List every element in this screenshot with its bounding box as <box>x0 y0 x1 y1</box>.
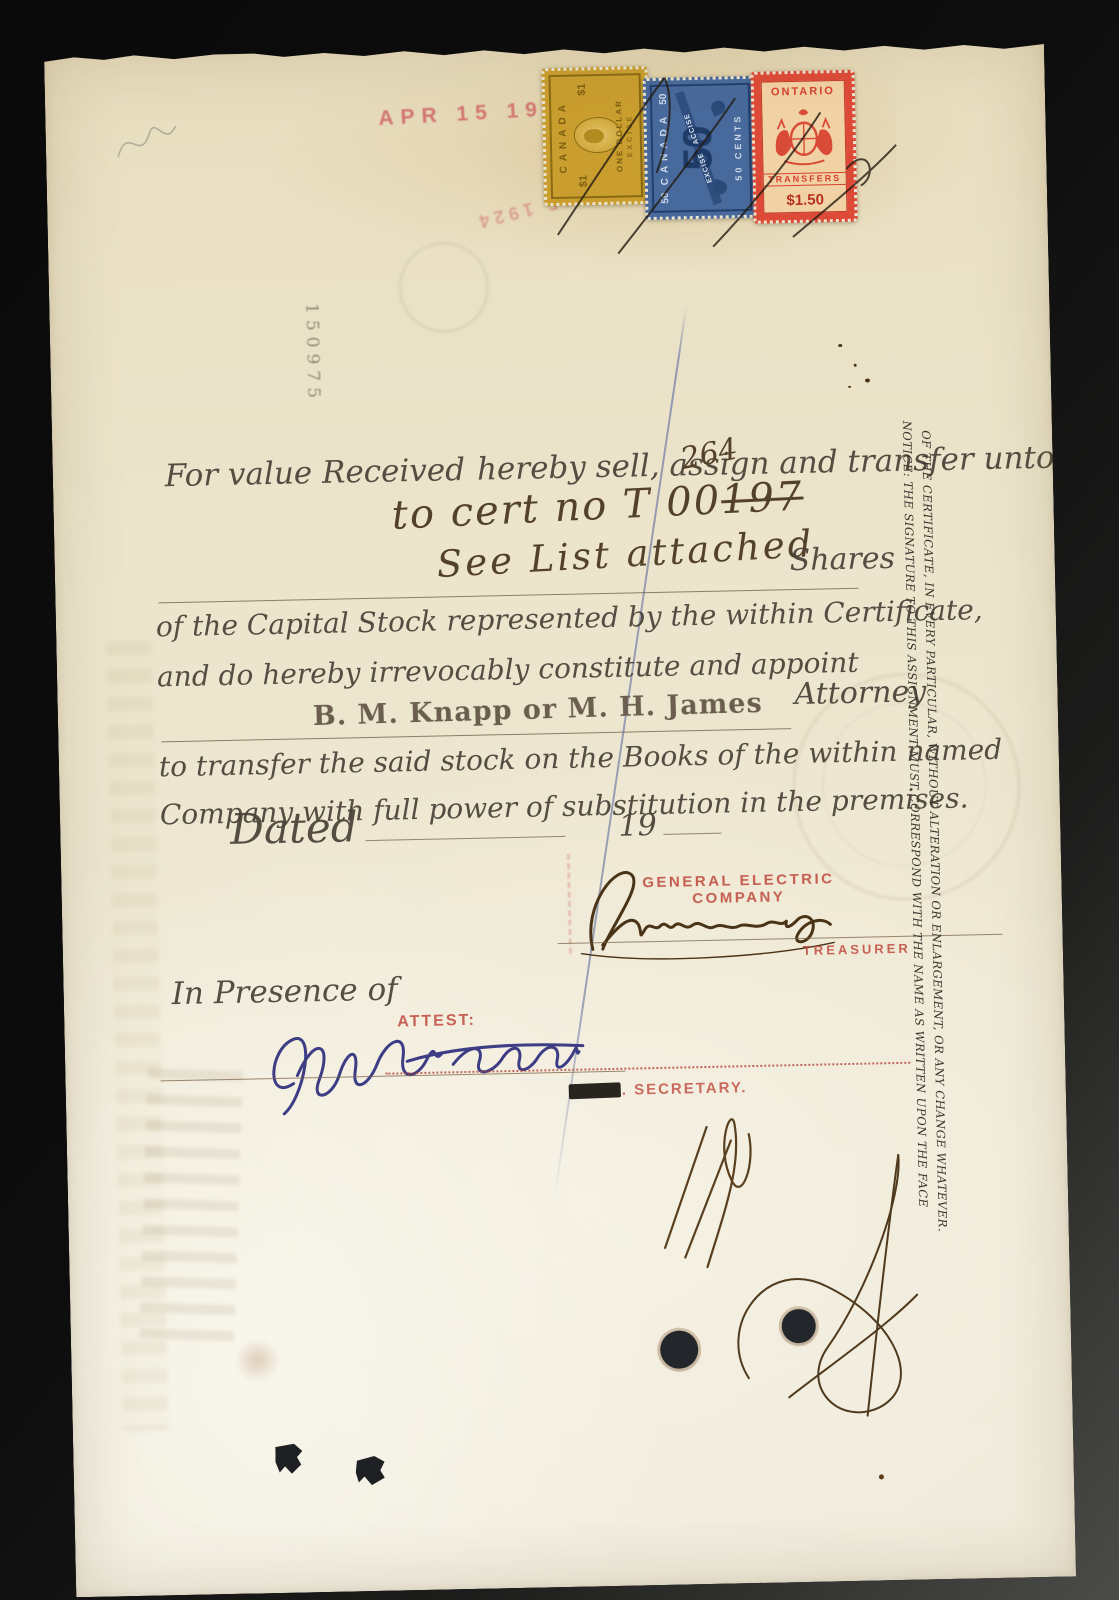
flourish-ink-mark <box>702 1132 943 1442</box>
punch-hole <box>660 1330 699 1369</box>
photo-backdrop: 150975 APR 15 1924 APR 15 1924 CANADA $1… <box>0 0 1119 1600</box>
cut-mark <box>275 1444 303 1475</box>
shares-label: Shares <box>789 541 895 578</box>
line-transfer-books: to transfer the said stock on the Books … <box>159 733 1003 784</box>
stain-bottom-left <box>234 1338 281 1383</box>
ink-speck <box>848 386 851 388</box>
treasurer-signature <box>577 848 839 968</box>
cancellation-ink-strokes <box>514 42 939 281</box>
dated-label: Dated <box>230 802 358 854</box>
dated-line: Dated 19 <box>230 795 721 854</box>
witness-signature <box>256 999 598 1126</box>
ghost-seal-small <box>398 241 490 333</box>
year-rule <box>663 833 721 835</box>
assignment-document: 150975 APR 15 1924 APR 15 1924 CANADA $1… <box>44 32 1076 1598</box>
dated-rule <box>366 836 566 841</box>
ink-speck <box>854 364 857 367</box>
attorney-names-stamp: B. M. Knapp or M. H. James <box>312 688 763 732</box>
for-value-received-text: For value Received <box>164 452 465 494</box>
year-prefix: 19 <box>618 808 657 844</box>
ghost-bottom-left-marks <box>139 1068 243 1356</box>
struck-number: 197 <box>720 473 804 523</box>
ink-speck <box>865 378 870 382</box>
ink-dot <box>879 1474 884 1479</box>
treasurer-stamp: TREASURER <box>803 941 911 958</box>
title-blackout <box>569 1082 622 1099</box>
ghost-number: 150975 <box>301 303 323 404</box>
cut-mark <box>355 1456 385 1486</box>
ink-speck <box>838 344 842 347</box>
pencil-squiggle <box>109 112 184 176</box>
line-appoint: and do hereby irrevocably constitute and… <box>157 646 859 694</box>
